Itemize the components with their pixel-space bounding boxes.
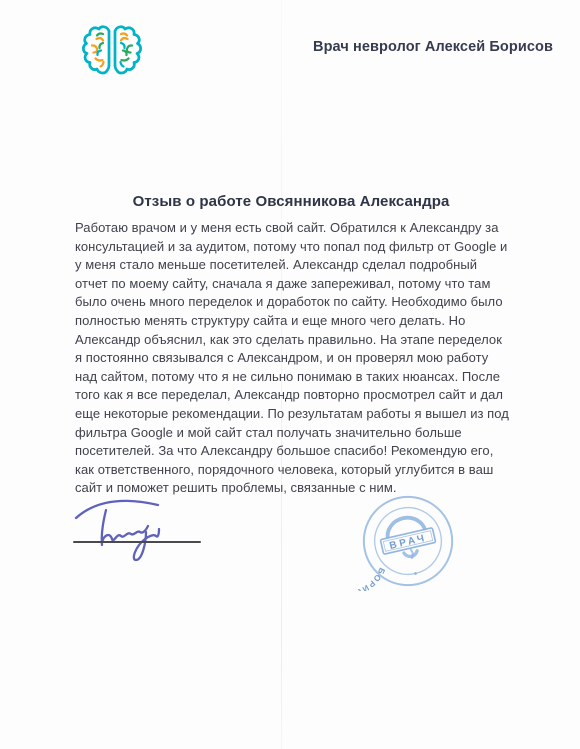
review-title: Отзыв о работе Овсянникова Александра xyxy=(73,193,509,210)
signature-line xyxy=(73,541,201,543)
doctor-round-stamp: БОРИСОВ АЛЕКСЕЙ СЕРГЕЕВИЧ ВРАЧ xyxy=(358,491,458,591)
brain-logo-icon xyxy=(80,22,144,84)
handwritten-signature xyxy=(60,490,210,572)
review-body-text: Работаю врачом и у меня есть свой сайт. … xyxy=(75,219,509,498)
scanned-review-letter: Врач невролог Алексей Борисов Отзыв о ра… xyxy=(0,0,580,749)
letterhead-doctor-name: Врач невролог Алексей Борисов xyxy=(313,39,553,55)
